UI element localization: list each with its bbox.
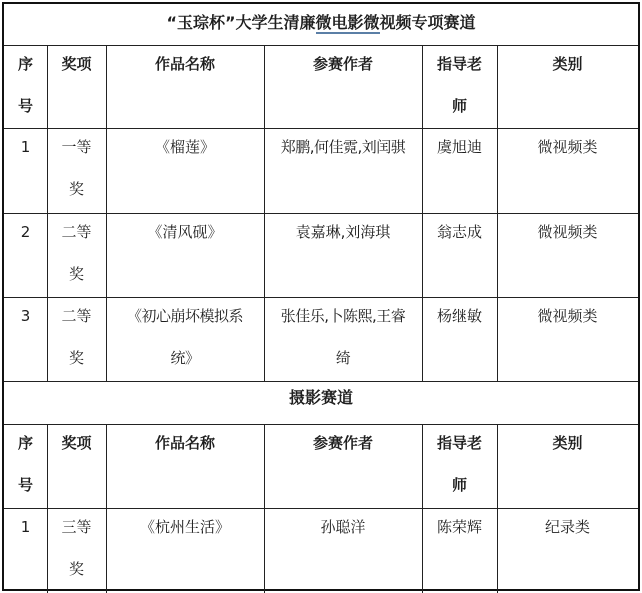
header-award: 奖项 (47, 43, 106, 85)
section-title-photography: 摄影赛道 (4, 385, 638, 411)
row1-no: 1 (4, 126, 47, 168)
header-no: 序号 (4, 422, 47, 506)
photo-row1-advisor: 陈荣辉 (422, 506, 497, 548)
header-no: 序号 (4, 43, 47, 127)
photo-row1-category: 纪录类 (497, 506, 638, 548)
row3-no: 3 (4, 295, 47, 337)
header-award: 奖项 (47, 422, 106, 464)
row2-work: 《清风砚》 (106, 211, 264, 253)
header-authors: 参赛作者 (264, 422, 422, 464)
row2-authors: 袁嘉琳,刘海琪 (264, 211, 422, 253)
photo-row1-no: 1 (4, 506, 47, 548)
row2-category: 微视频类 (497, 211, 638, 253)
awards-table: “玉琮杯”大学生清廉微电影微视频专项赛道 序号 奖项 作品名称 参赛作者 指导老… (2, 2, 640, 591)
photo-row1-work: 《杭州生活》 (106, 506, 264, 548)
header-authors: 参赛作者 (264, 43, 422, 85)
header-work-title: 作品名称 (106, 43, 264, 85)
row1-advisor: 虞旭迪 (422, 126, 497, 168)
row3-advisor: 杨继敏 (422, 295, 497, 337)
section-title-microfilm: “玉琮杯”大学生清廉微电影微视频专项赛道 (4, 10, 638, 36)
row1-work: 《榴莲》 (106, 126, 264, 168)
divider (4, 381, 638, 382)
row3-authors: 张佳乐,卜陈熙,王睿绮 (264, 295, 422, 379)
header-advisor: 指导老师 (422, 43, 497, 127)
row3-award: 二等奖 (47, 295, 106, 379)
row1-authors: 郑鹏,何佳霓,刘闰骐 (264, 126, 422, 168)
photo-row1-award: 三等奖 (47, 506, 106, 590)
row3-work: 《初心崩坏模拟系统》 (106, 295, 264, 379)
header-advisor: 指导老师 (422, 422, 497, 506)
photo-row1-authors: 孙聪洋 (264, 506, 422, 548)
row3-category: 微视频类 (497, 295, 638, 337)
header-category: 类别 (497, 422, 638, 464)
title-text: “玉琮杯”大学生清廉 (166, 13, 315, 32)
header-work-title: 作品名称 (106, 422, 264, 464)
row2-award: 二等奖 (47, 211, 106, 295)
row2-no: 2 (4, 211, 47, 253)
row1-award: 一等奖 (47, 126, 106, 210)
row1-category: 微视频类 (497, 126, 638, 168)
header-category: 类别 (497, 43, 638, 85)
title-text: 视频专项赛道 (380, 13, 476, 32)
row2-advisor: 翁志成 (422, 211, 497, 253)
title-text-underlined: 微电影微 (316, 13, 380, 34)
